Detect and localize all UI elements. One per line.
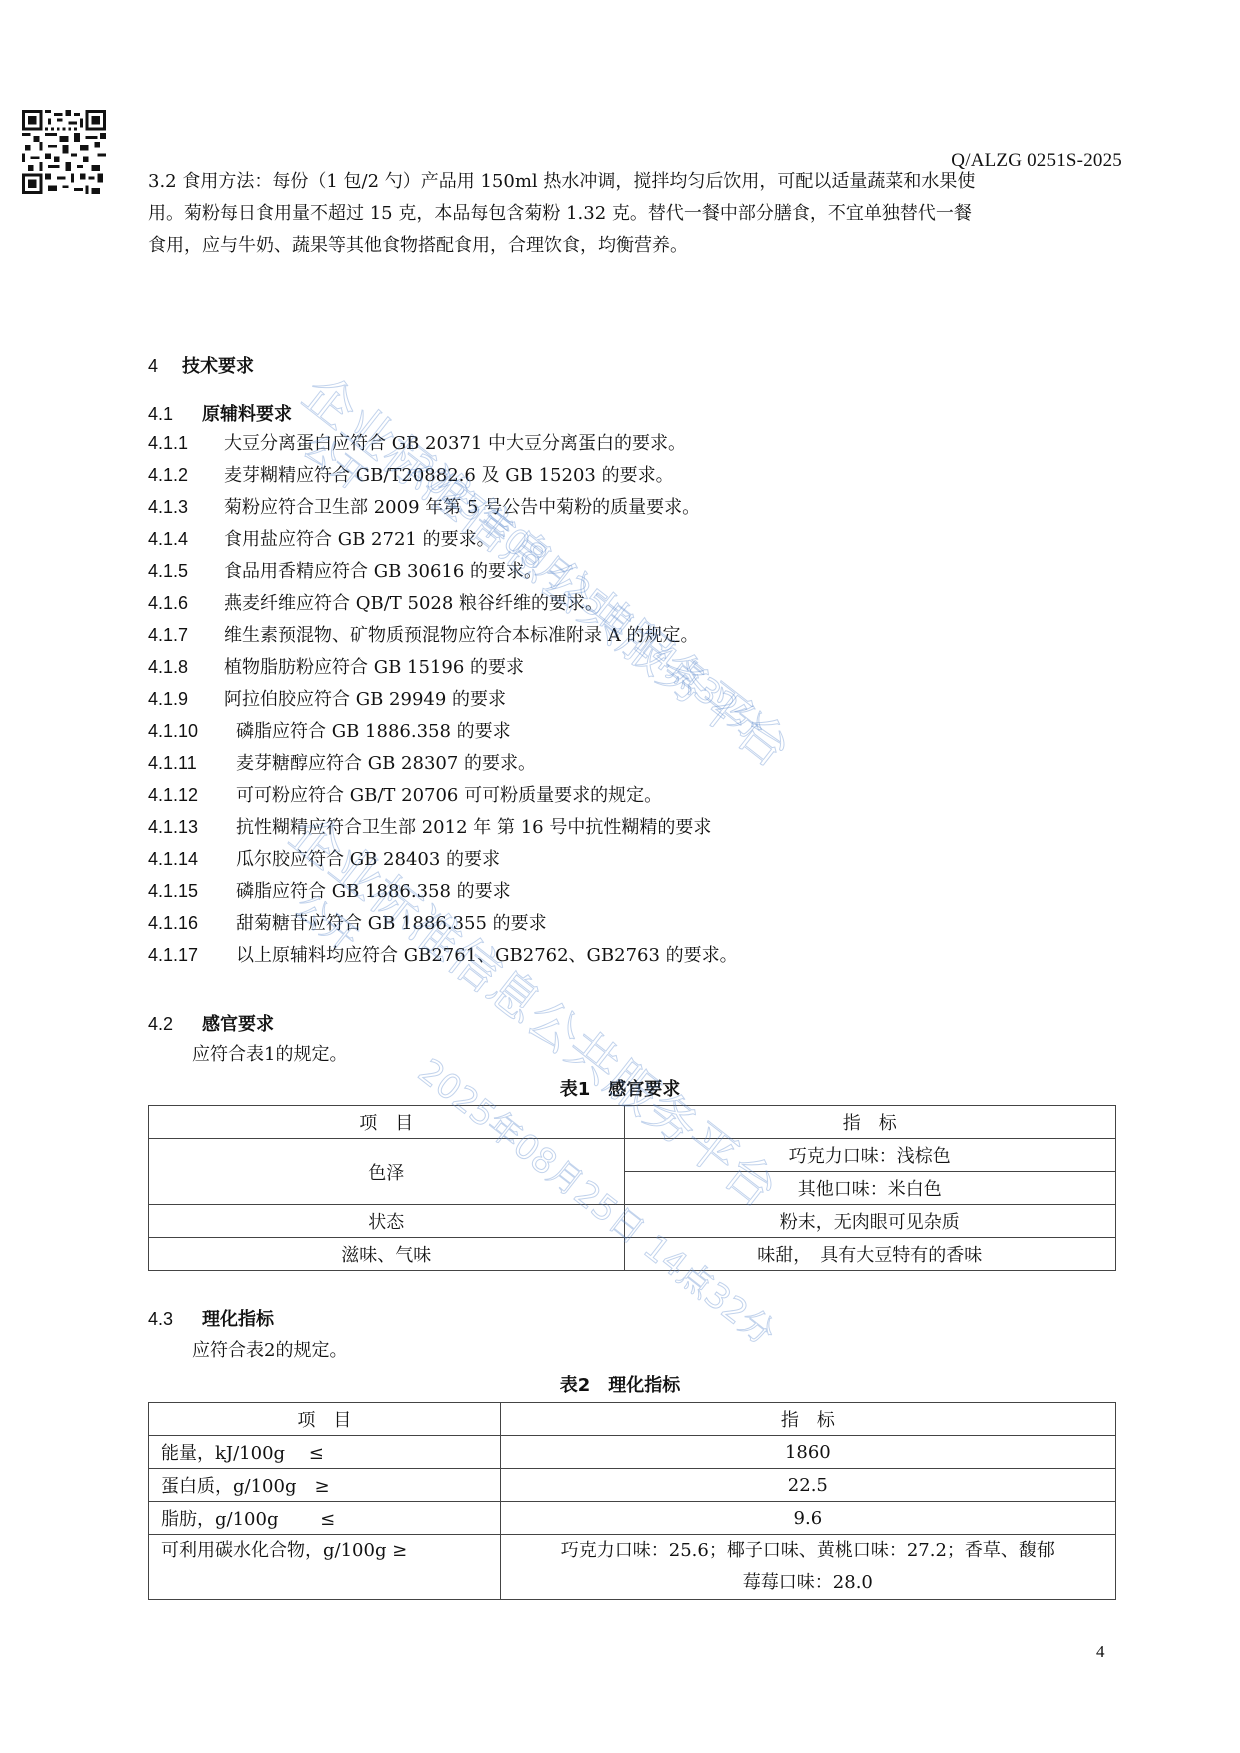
section-number: 4.3 [148,1309,202,1330]
table-cell-value: 味甜， 具有大豆特有的香味 [624,1238,1116,1271]
list-item: 4.1.1大豆分离蛋白应符合 GB 20371 中大豆分离蛋白的要求。 [148,427,686,459]
table-header-row: 项 目 指 标 [149,1403,1116,1436]
item-number: 4.1.9 [148,683,224,715]
table-2-reference: 应符合表2的规定。 [192,1336,347,1362]
physicochemical-indicators-table: 项 目 指 标 能量，kJ/100g ≤ 1860 蛋白质，g/100g ≥ 2… [148,1402,1116,1600]
item-number: 4.1.3 [148,491,224,523]
value-line: 巧克力口味：25.6；椰子口味、黄桃口味：27.2；香草、馥郁 [501,1535,1115,1567]
item-number: 4.1.13 [148,811,236,843]
item-text: 维生素预混物、矿物质预混物应符合本标准附录 A 的规定。 [224,625,698,646]
table-cell-value: 其他口味：米白色 [624,1172,1116,1205]
item-number: 4.1.15 [148,875,236,907]
table-1-caption: 表1 感官要求 [0,1075,1240,1101]
item-text: 瓜尔胶应符合 GB 28403 的要求 [236,849,500,870]
item-text: 食用盐应符合 GB 2721 的要求。 [224,529,495,550]
item-text: 抗性糊精应符合卫生部 2012 年 第 16 号中抗性糊精的要求 [236,817,711,838]
section-number: 4 [148,356,182,377]
list-item: 4.1.16甜菊糖苷应符合 GB 1886.355 的要求 [148,907,547,939]
section-3-2-paragraph: 3.2 食用方法：每份（1 包/2 勺）产品用 150ml 热水冲调，搅拌均匀后… [148,166,1116,262]
list-item: 4.1.4食用盐应符合 GB 2721 的要求。 [148,523,495,555]
table-cell-item: 脂肪，g/100g ≤ [149,1502,501,1535]
paragraph-line: 食用，应与牛奶、蔬果等其他食物搭配食用，合理饮食，均衡营养。 [148,230,1116,262]
item-text: 阿拉伯胶应符合 GB 29949 的要求 [224,689,506,710]
table-cell-item: 状态 [149,1205,625,1238]
item-number: 4.1.2 [148,459,224,491]
paragraph-line: 用。菊粉每日食用量不超过 15 克，本品每包含菊粉 1.32 克。替代一餐中部分… [148,198,1116,230]
section-title: 理化指标 [202,1309,274,1330]
item-number: 4.1.5 [148,555,224,587]
item-text: 磷脂应符合 GB 1886.358 的要求 [236,721,511,742]
list-item: 4.1.13抗性糊精应符合卫生部 2012 年 第 16 号中抗性糊精的要求 [148,811,711,843]
section-4-heading: 4技术要求 [148,352,254,378]
item-text: 甜菊糖苷应符合 GB 1886.355 的要求 [236,913,547,934]
section-4-3-heading: 4.3理化指标 [148,1305,274,1331]
table-cell-value: 22.5 [500,1469,1115,1502]
table-row: 可利用碳水化合物，g/100g ≥ 巧克力口味：25.6；椰子口味、黄桃口味：2… [149,1535,1116,1600]
list-item: 4.1.11麦芽糖醇应符合 GB 28307 的要求。 [148,747,536,779]
sensory-requirements-table: 项 目 指 标 色泽 巧克力口味：浅棕色 其他口味：米白色 状态 粉末，无肉眼可… [148,1105,1116,1271]
section-4-2-heading: 4.2感官要求 [148,1010,274,1036]
section-title: 原辅料要求 [202,404,292,425]
item-number: 4.1.14 [148,843,236,875]
value-line: 莓莓口味：28.0 [501,1567,1115,1599]
item-number: 4.1.10 [148,715,236,747]
table-cell-value: 粉末，无肉眼可见杂质 [624,1205,1116,1238]
list-item: 4.1.14瓜尔胶应符合 GB 28403 的要求 [148,843,500,875]
list-item: 4.1.12可可粉应符合 GB/T 20706 可可粉质量要求的规定。 [148,779,662,811]
page-number: 4 [1096,1642,1105,1662]
item-number: 4.1.6 [148,587,224,619]
table-cell-value: 9.6 [500,1502,1115,1535]
item-text: 燕麦纤维应符合 QB/T 5028 粮谷纤维的要求。 [224,593,603,614]
column-header: 项 目 [149,1106,625,1139]
item-number: 4.1.1 [148,427,224,459]
item-text: 植物脂肪粉应符合 GB 15196 的要求 [224,657,524,678]
section-4-1-heading: 4.1原辅料要求 [148,400,292,426]
table-row: 能量，kJ/100g ≤ 1860 [149,1436,1116,1469]
item-number: 4.1.11 [148,747,236,779]
item-number: 4.1.16 [148,907,236,939]
table-cell-item: 能量，kJ/100g ≤ [149,1436,501,1469]
list-item: 4.1.2麦芽糊精应符合 GB/T20882.6 及 GB 15203 的要求。 [148,459,674,491]
item-number: 4.1.4 [148,523,224,555]
column-header: 指 标 [624,1106,1116,1139]
list-item: 4.1.3菊粉应符合卫生部 2009 年第 5 号公告中菊粉的质量要求。 [148,491,700,523]
table-cell-item: 蛋白质，g/100g ≥ [149,1469,501,1502]
item-number: 4.1.12 [148,779,236,811]
table-header-row: 项 目 指 标 [149,1106,1116,1139]
table-cell-item: 色泽 [149,1139,625,1205]
item-text: 菊粉应符合卫生部 2009 年第 5 号公告中菊粉的质量要求。 [224,497,700,518]
column-header: 项 目 [149,1403,501,1436]
table-row: 滋味、气味 味甜， 具有大豆特有的香味 [149,1238,1116,1271]
table-row: 状态 粉末，无肉眼可见杂质 [149,1205,1116,1238]
item-text: 食品用香精应符合 GB 30616 的要求。 [224,561,542,582]
item-number: 4.1.8 [148,651,224,683]
section-title: 感官要求 [202,1014,274,1035]
list-item: 4.1.5食品用香精应符合 GB 30616 的要求。 [148,555,542,587]
paragraph-line: 3.2 食用方法：每份（1 包/2 勺）产品用 150ml 热水冲调，搅拌均匀后… [148,166,1116,198]
table-cell-value: 1860 [500,1436,1115,1469]
qr-code-icon [22,110,106,194]
list-item: 4.1.8植物脂肪粉应符合 GB 15196 的要求 [148,651,524,683]
list-item: 4.1.7维生素预混物、矿物质预混物应符合本标准附录 A 的规定。 [148,619,698,651]
item-text: 麦芽糊精应符合 GB/T20882.6 及 GB 15203 的要求。 [224,465,674,486]
column-header: 指 标 [500,1403,1115,1436]
item-number: 4.1.17 [148,939,236,971]
table-row: 脂肪，g/100g ≤ 9.6 [149,1502,1116,1535]
item-text: 磷脂应符合 GB 1886.358 的要求 [236,881,511,902]
item-text: 麦芽糖醇应符合 GB 28307 的要求。 [236,753,536,774]
item-text: 以上原辅料均应符合 GB2761、GB2762、GB2763 的要求。 [236,945,738,966]
section-title: 技术要求 [182,356,254,377]
list-item: 4.1.10磷脂应符合 GB 1886.358 的要求 [148,715,511,747]
table-2-caption: 表2 理化指标 [0,1371,1240,1397]
list-item: 4.1.15磷脂应符合 GB 1886.358 的要求 [148,875,511,907]
list-item: 4.1.17以上原辅料均应符合 GB2761、GB2762、GB2763 的要求… [148,939,738,971]
table-row: 蛋白质，g/100g ≥ 22.5 [149,1469,1116,1502]
table-cell-item: 滋味、气味 [149,1238,625,1271]
section-number: 4.2 [148,1014,202,1035]
section-number: 4.1 [148,404,202,425]
list-item: 4.1.6燕麦纤维应符合 QB/T 5028 粮谷纤维的要求。 [148,587,603,619]
table-1-reference: 应符合表1的规定。 [192,1040,347,1066]
item-text: 大豆分离蛋白应符合 GB 20371 中大豆分离蛋白的要求。 [224,433,686,454]
table-cell-item: 可利用碳水化合物，g/100g ≥ [149,1535,501,1600]
item-text: 可可粉应符合 GB/T 20706 可可粉质量要求的规定。 [236,785,662,806]
item-number: 4.1.7 [148,619,224,651]
list-item: 4.1.9阿拉伯胶应符合 GB 29949 的要求 [148,683,506,715]
table-cell-value: 巧克力口味：25.6；椰子口味、黄桃口味：27.2；香草、馥郁 莓莓口味：28.… [500,1535,1115,1600]
table-row: 色泽 巧克力口味：浅棕色 [149,1139,1116,1172]
table-cell-value: 巧克力口味：浅棕色 [624,1139,1116,1172]
